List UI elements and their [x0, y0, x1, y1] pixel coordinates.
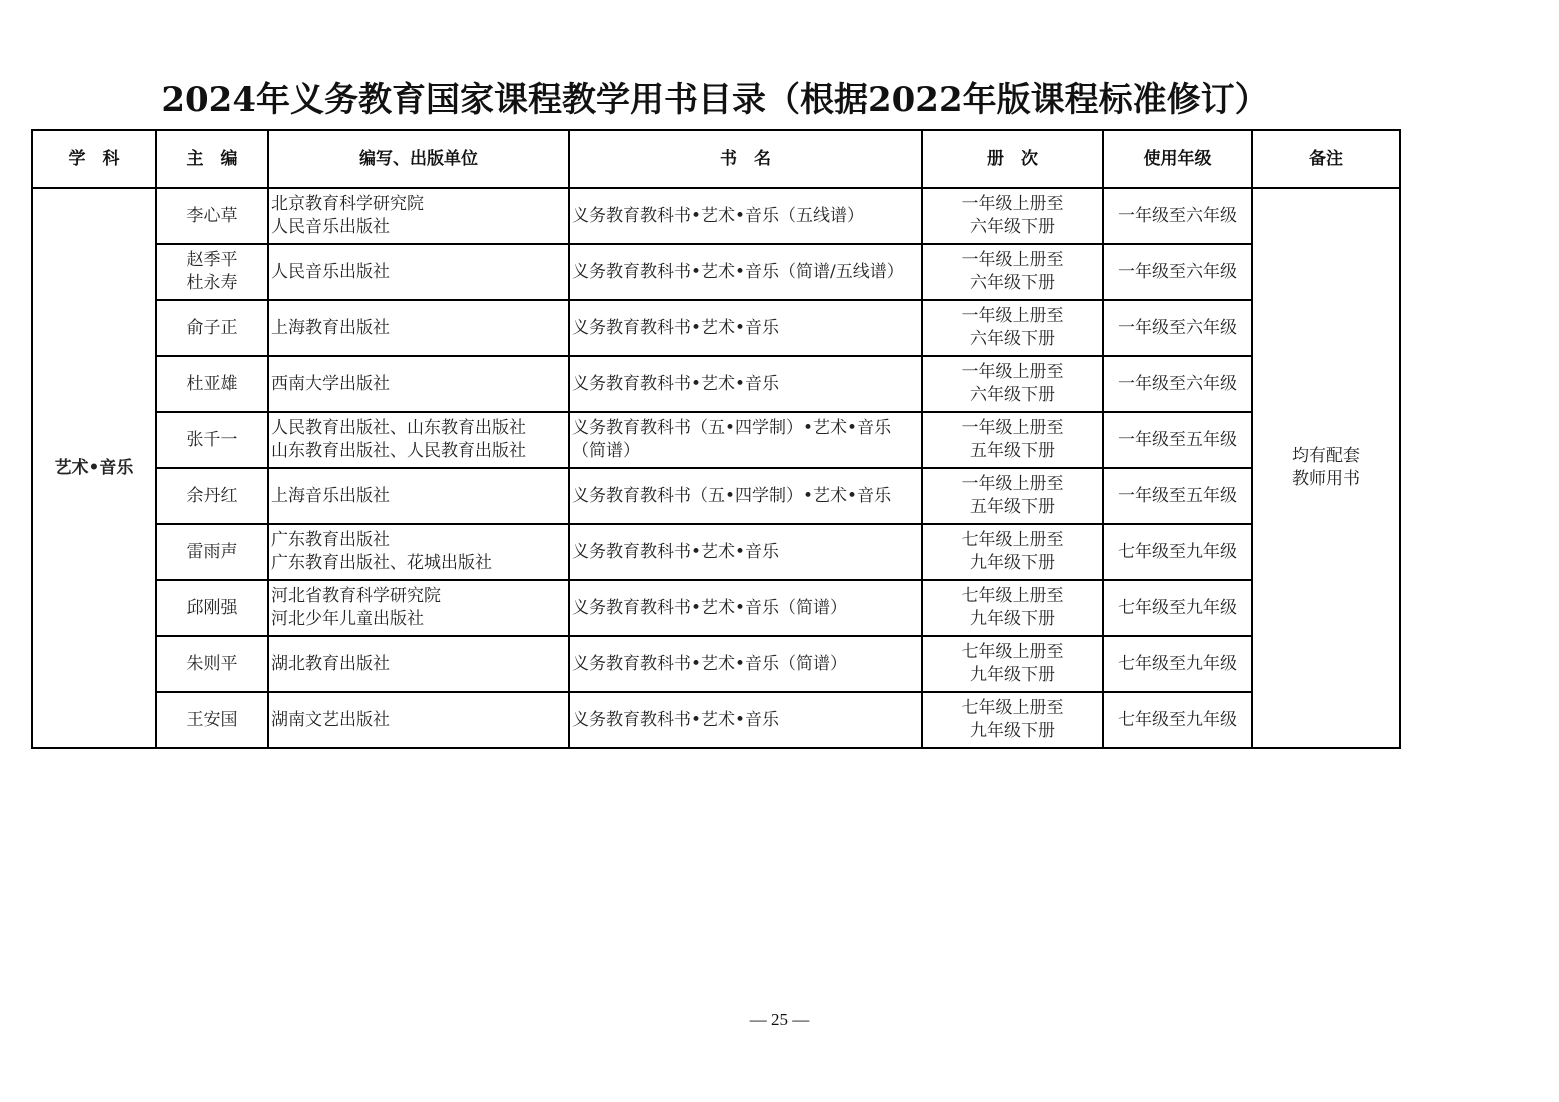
- table-header-row: 学 科 主 编 编写、出版单位 书 名 册 次 使用年级 备注: [32, 130, 1400, 188]
- textbook-catalog-table: 学 科 主 编 编写、出版单位 书 名 册 次 使用年级 备注 艺术•音乐 李心…: [31, 129, 1401, 749]
- subject-cell: 艺术•音乐: [32, 188, 156, 748]
- grades-cell: 七年级至九年级: [1103, 524, 1252, 580]
- publisher-cell: 河北省教育科学研究院河北少年儿童出版社: [268, 580, 569, 636]
- editor-cell: 李心草: [156, 188, 268, 244]
- grades-cell: 一年级至五年级: [1103, 468, 1252, 524]
- table-row: 邱刚强 河北省教育科学研究院河北少年儿童出版社 义务教育教科书•艺术•音乐（简谱…: [32, 580, 1400, 636]
- editor-cell: 余丹红: [156, 468, 268, 524]
- grades-cell: 七年级至九年级: [1103, 636, 1252, 692]
- book-title-cell: 义务教育教科书（五•四学制）•艺术•音乐（简谱）: [569, 412, 922, 468]
- editor-cell: 王安国: [156, 692, 268, 748]
- table-row: 雷雨声 广东教育出版社广东教育出版社、花城出版社 义务教育教科书•艺术•音乐 七…: [32, 524, 1400, 580]
- header-publisher: 编写、出版单位: [268, 130, 569, 188]
- book-title-cell: 义务教育教科书•艺术•音乐: [569, 692, 922, 748]
- book-title-cell: 义务教育教科书•艺术•音乐（五线谱）: [569, 188, 922, 244]
- publisher-line: 人民音乐出版社: [271, 216, 566, 239]
- header-book-title: 书 名: [569, 130, 922, 188]
- book-title-cell: 义务教育教科书•艺术•音乐（简谱）: [569, 636, 922, 692]
- editor-cell: 朱则平: [156, 636, 268, 692]
- book-title-cell: 义务教育教科书•艺术•音乐（简谱）: [569, 580, 922, 636]
- table-row: 余丹红 上海音乐出版社 义务教育教科书（五•四学制）•艺术•音乐 一年级上册至五…: [32, 468, 1400, 524]
- table-row: 朱则平 湖北教育出版社 义务教育教科书•艺术•音乐（简谱） 七年级上册至九年级下…: [32, 636, 1400, 692]
- publisher-cell: 人民教育出版社、山东教育出版社山东教育出版社、人民教育出版社: [268, 412, 569, 468]
- volumes-cell: 一年级上册至五年级下册: [922, 468, 1103, 524]
- table-row: 俞子正 上海教育出版社 义务教育教科书•艺术•音乐 一年级上册至六年级下册 一年…: [32, 300, 1400, 356]
- publisher-cell: 广东教育出版社广东教育出版社、花城出版社: [268, 524, 569, 580]
- book-title-cell: 义务教育教科书•艺术•音乐: [569, 356, 922, 412]
- volumes-cell: 一年级上册至五年级下册: [922, 412, 1103, 468]
- editor-cell: 雷雨声: [156, 524, 268, 580]
- document-title: 2024年义务教育国家课程教学用书目录（根据2022年版课程标准修订）: [0, 76, 1430, 124]
- volumes-cell: 一年级上册至六年级下册: [922, 356, 1103, 412]
- book-title-cell: 义务教育教科书•艺术•音乐（简谱/五线谱）: [569, 244, 922, 300]
- publisher-cell: 湖北教育出版社: [268, 636, 569, 692]
- remarks-cell: 均有配套教师用书: [1252, 188, 1400, 748]
- table-row: 王安国 湖南文艺出版社 义务教育教科书•艺术•音乐 七年级上册至九年级下册 七年…: [32, 692, 1400, 748]
- editor-cell: 邱刚强: [156, 580, 268, 636]
- volumes-cell: 一年级上册至六年级下册: [922, 188, 1103, 244]
- publisher-cell: 西南大学出版社: [268, 356, 569, 412]
- header-subject: 学 科: [32, 130, 156, 188]
- volumes-cell: 七年级上册至九年级下册: [922, 636, 1103, 692]
- header-remarks: 备注: [1252, 130, 1400, 188]
- grades-cell: 一年级至六年级: [1103, 300, 1252, 356]
- editor-cell: 俞子正: [156, 300, 268, 356]
- grades-cell: 一年级至六年级: [1103, 244, 1252, 300]
- book-title-cell: 义务教育教科书•艺术•音乐: [569, 300, 922, 356]
- editor-cell: 赵季平杜永寿: [156, 244, 268, 300]
- volumes-cell: 一年级上册至六年级下册: [922, 244, 1103, 300]
- editor-cell: 张千一: [156, 412, 268, 468]
- volumes-cell: 七年级上册至九年级下册: [922, 524, 1103, 580]
- grades-cell: 一年级至六年级: [1103, 356, 1252, 412]
- header-grades: 使用年级: [1103, 130, 1252, 188]
- table-row: 张千一 人民教育出版社、山东教育出版社山东教育出版社、人民教育出版社 义务教育教…: [32, 412, 1400, 468]
- publisher-cell: 上海教育出版社: [268, 300, 569, 356]
- grades-cell: 七年级至九年级: [1103, 692, 1252, 748]
- publisher-cell: 北京教育科学研究院人民音乐出版社: [268, 188, 569, 244]
- table-row: 赵季平杜永寿 人民音乐出版社 义务教育教科书•艺术•音乐（简谱/五线谱） 一年级…: [32, 244, 1400, 300]
- publisher-cell: 湖南文艺出版社: [268, 692, 569, 748]
- volumes-cell: 七年级上册至九年级下册: [922, 692, 1103, 748]
- table-row: 杜亚雄 西南大学出版社 义务教育教科书•艺术•音乐 一年级上册至六年级下册 一年…: [32, 356, 1400, 412]
- editor-name: 李心草: [159, 205, 265, 228]
- volumes-cell: 一年级上册至六年级下册: [922, 300, 1103, 356]
- grades-cell: 一年级至五年级: [1103, 412, 1252, 468]
- publisher-line: 北京教育科学研究院: [271, 193, 566, 216]
- book-title-cell: 义务教育教科书（五•四学制）•艺术•音乐: [569, 468, 922, 524]
- grades-cell: 七年级至九年级: [1103, 580, 1252, 636]
- grades-cell: 一年级至六年级: [1103, 188, 1252, 244]
- editor-cell: 杜亚雄: [156, 356, 268, 412]
- header-volumes: 册 次: [922, 130, 1103, 188]
- volumes-cell: 七年级上册至九年级下册: [922, 580, 1103, 636]
- publisher-cell: 人民音乐出版社: [268, 244, 569, 300]
- book-title-cell: 义务教育教科书•艺术•音乐: [569, 524, 922, 580]
- publisher-cell: 上海音乐出版社: [268, 468, 569, 524]
- page-number: — 25 —: [0, 1010, 1559, 1030]
- header-editor: 主 编: [156, 130, 268, 188]
- table-row: 艺术•音乐 李心草 北京教育科学研究院人民音乐出版社 义务教育教科书•艺术•音乐…: [32, 188, 1400, 244]
